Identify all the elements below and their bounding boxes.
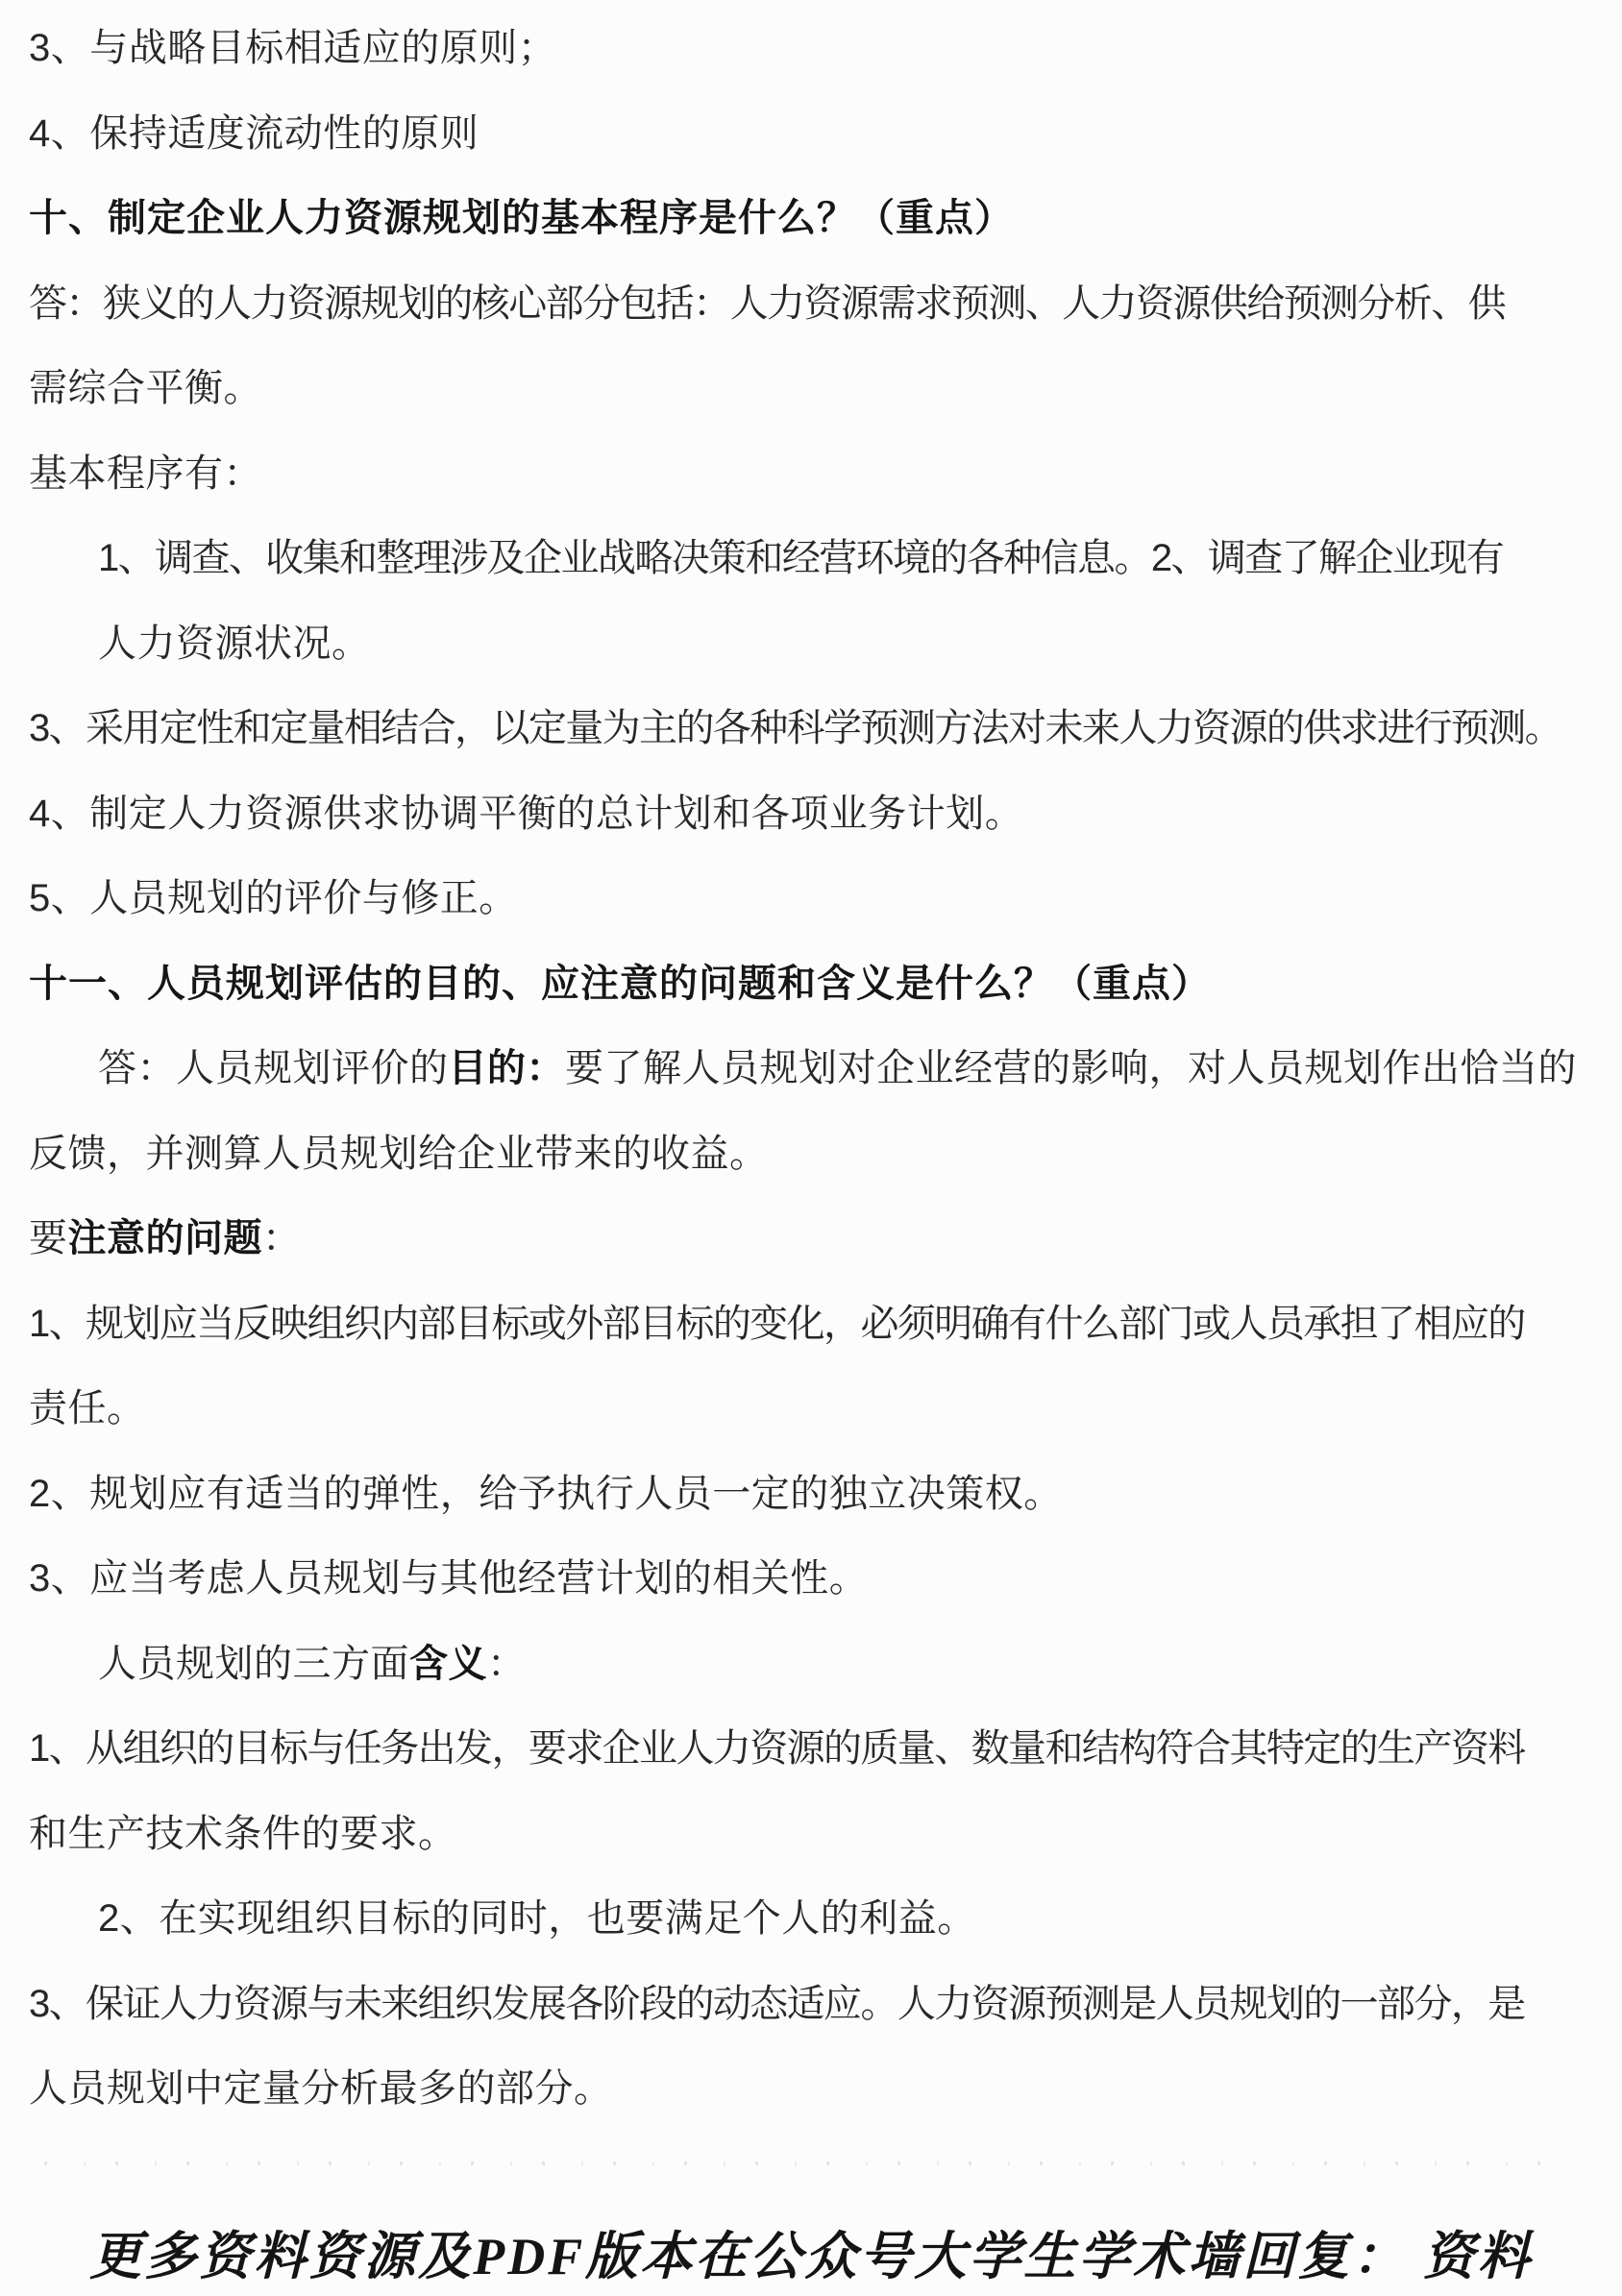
text-segment: 答：人员规划评价的 (98, 1047, 449, 1089)
text-line: 人力资源状况。 (29, 601, 1595, 687)
text-line: 1、调查、收集和整理涉及企业战略决策和经营环境的各种信息。2、调查了解企业现有 (29, 516, 1595, 601)
text-line: 需综合平衡。 (29, 346, 1595, 431)
text-segment: 3、采用定性和定量相结合，以定量为主的各种科学预测方法对未来人力资源的供求进行预… (29, 707, 1561, 749)
text-segment: 人员规划的三方面 (98, 1643, 409, 1685)
text-segment: 反馈，并测算人员规划给企业带来的收益。 (29, 1133, 769, 1175)
text-segment: ： (487, 1643, 527, 1685)
text-line: 2、在实现组织目标的同时，也要满足个人的利益。 (29, 1876, 1595, 1962)
text-segment: 4、制定人力资源供求协调平衡的总计划和各项业务计划。 (29, 793, 1023, 835)
text-line: 3、与战略目标相适应的原则； (29, 6, 1595, 91)
text-line: 人员规划的三方面含义： (29, 1622, 1595, 1707)
document-page: 3、与战略目标相适应的原则；4、保持适度流动性的原则十、制定企业人力资源规划的基… (0, 0, 1622, 2296)
text-line: 3、采用定性和定量相结合，以定量为主的各种科学预测方法对未来人力资源的供求进行预… (29, 686, 1595, 771)
clipped-text-remnant (44, 2162, 1564, 2165)
text-segment: 3、保证人力资源与未来组织发展各阶段的动态适应。人力资源预测是人员规划的一部分，… (29, 1983, 1525, 2025)
text-segment: 1、规划应当反映组织内部目标或外部目标的变化，必须明确有什么部门或人员承担了相应… (29, 1303, 1525, 1345)
bold-text-segment: 含义 (409, 1643, 487, 1685)
text-segment: 要 (29, 1217, 68, 1259)
text-line: 答：狭义的人力资源规划的核心部分包括：人力资源需求预测、人力资源供给预测分析、供 (29, 261, 1595, 347)
text-line: 反馈，并测算人员规划给企业带来的收益。 (29, 1111, 1595, 1197)
text-line: 2、规划应有适当的弹性，给予执行人员一定的独立决策权。 (29, 1452, 1595, 1537)
bold-text-segment: 十一、人员规划评估的目的、应注意的问题和含义是什么？（重点） (29, 963, 1211, 1005)
text-segment: 和生产技术条件的要求。 (29, 1813, 457, 1855)
text-line: 基本程序有： (29, 431, 1595, 517)
text-segment: 需综合平衡。 (29, 367, 262, 409)
text-segment: 1、调查、收集和整理涉及企业战略决策和经营环境的各种信息。2、调查了解企业现有 (98, 537, 1503, 579)
text-segment: 责任。 (29, 1387, 146, 1429)
text-line: 4、保持适度流动性的原则 (29, 91, 1595, 177)
text-segment: 人员规划中定量分析最多的部分。 (29, 2067, 613, 2110)
text-segment: 5、人员规划的评价与修正。 (29, 877, 518, 919)
text-line: 和生产技术条件的要求。 (29, 1792, 1595, 1877)
text-segment: 2、在实现组织目标的同时，也要满足个人的利益。 (98, 1897, 976, 1940)
text-segment: 2、规划应有适当的弹性，给予执行人员一定的独立决策权。 (29, 1473, 1063, 1515)
text-segment: 人力资源状况。 (98, 623, 371, 665)
text-segment: 答：狭义的人力资源规划的核心部分包括：人力资源需求预测、人力资源供给预测分析、供 (29, 282, 1505, 325)
text-line: 1、规划应当反映组织内部目标或外部目标的变化，必须明确有什么部门或人员承担了相应… (29, 1282, 1595, 1367)
text-segment: ： (262, 1217, 302, 1259)
text-line: 答：人员规划评价的目的：要了解人员规划对企业经营的影响，对人员规划作出恰当的 (29, 1026, 1595, 1111)
text-line: 1、从组织的目标与任务出发，要求企业人力资源的质量、数量和结构符合其特定的生产资… (29, 1706, 1595, 1792)
text-segment: 4、保持适度流动性的原则 (29, 112, 479, 155)
text-line: 4、制定人力资源供求协调平衡的总计划和各项业务计划。 (29, 771, 1595, 857)
text-segment: 3、应当考虑人员规划与其他经营计划的相关性。 (29, 1557, 868, 1600)
text-line: 要注意的问题： (29, 1196, 1595, 1282)
text-segment: 要了解人员规划对企业经营的影响，对人员规划作出恰当的 (565, 1047, 1577, 1089)
text-line: 人员规划中定量分析最多的部分。 (29, 2046, 1595, 2132)
bold-text-segment: 注意的问题 (68, 1217, 263, 1259)
text-line: 责任。 (29, 1366, 1595, 1452)
footer-watermark: 更多资料资源及PDF版本在公众号大学生学术墙回复： 资料 (0, 2215, 1622, 2289)
document-body: 3、与战略目标相适应的原则；4、保持适度流动性的原则十、制定企业人力资源规划的基… (0, 0, 1622, 2132)
text-segment: 基本程序有： (29, 452, 262, 495)
bold-text-segment: 目的： (449, 1047, 566, 1089)
heading-line: 十、制定企业人力资源规划的基本程序是什么？（重点） (29, 176, 1595, 261)
text-segment: 3、与战略目标相适应的原则； (29, 27, 556, 69)
heading-line: 十一、人员规划评估的目的、应注意的问题和含义是什么？（重点） (29, 941, 1595, 1027)
text-segment: 1、从组织的目标与任务出发，要求企业人力资源的质量、数量和结构符合其特定的生产资… (29, 1727, 1525, 1770)
text-line: 3、保证人力资源与未来组织发展各阶段的动态适应。人力资源预测是人员规划的一部分，… (29, 1962, 1595, 2047)
bold-text-segment: 十、制定企业人力资源规划的基本程序是什么？（重点） (29, 197, 1014, 239)
text-line: 5、人员规划的评价与修正。 (29, 856, 1595, 941)
text-line: 3、应当考虑人员规划与其他经营计划的相关性。 (29, 1536, 1595, 1622)
